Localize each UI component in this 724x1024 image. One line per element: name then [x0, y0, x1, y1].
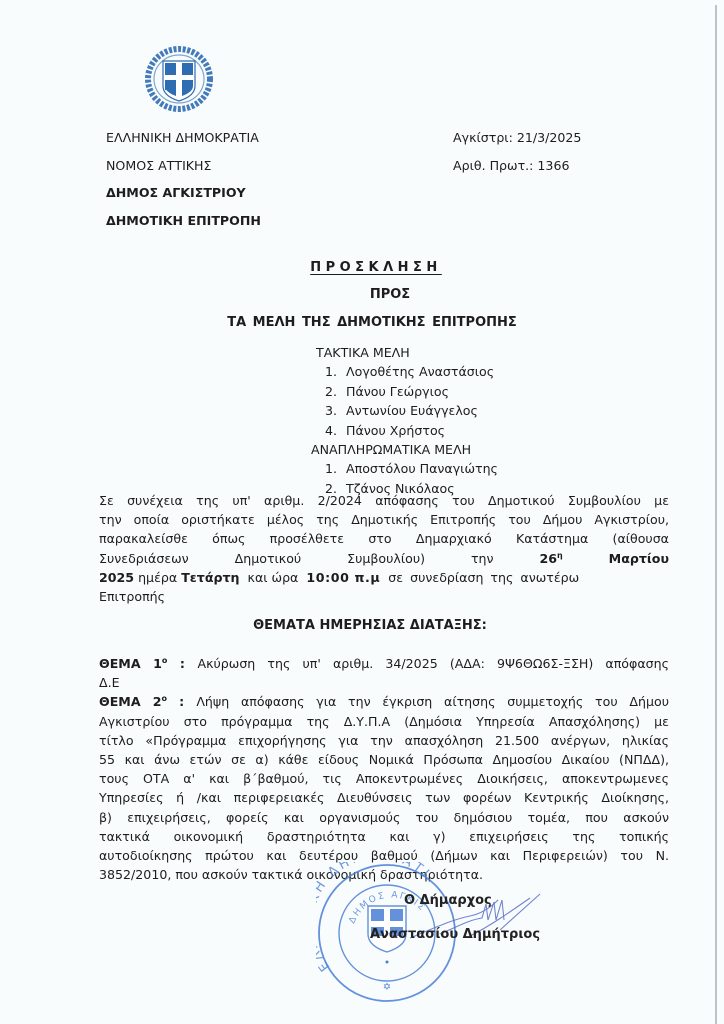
- members-list: ΤΑΚΤΙΚΑ ΜΕΛΗ 1.Λογοθέτης Αναστάσιος 2.Πά…: [311, 343, 498, 498]
- member-name: Αντωνίου Ευάγγελος: [346, 401, 478, 420]
- member-name: Λογοθέτης Αναστάσιος: [346, 362, 494, 381]
- invitation-paragraph: Σε συνέχεια της υπ' αριθμ. 2/2024 απόφασ…: [99, 491, 669, 606]
- meeting-year: 2025: [99, 568, 134, 587]
- regular-members-label: ΤΑΚΤΙΚΑ ΜΕΛΗ: [316, 343, 498, 362]
- list-item: 2.Πάνου Γεώργιος: [311, 382, 498, 401]
- topic-label: ΘΕΜΑ 2ο :: [99, 694, 196, 709]
- list-item: 3.Αντωνίου Ευάγγελος: [311, 401, 498, 420]
- committee-name: ΔΗΜΟΤΙΚΗ ΕΠΙΤΡΟΠΗ: [106, 207, 261, 235]
- alternate-members-label: ΑΝΑΠΛΗΡΩΜΑΤΙΚΑ ΜΕΛΗ: [311, 440, 498, 459]
- agenda-item-2: ΘΕΜΑ 2ο : Λήψη απόφασης για την έγκριση …: [99, 692, 669, 884]
- member-name: Πάνου Χρήστος: [346, 421, 445, 440]
- place-date: Αγκίστρι: 21/3/2025: [453, 124, 581, 152]
- document-title: ΠΡΟΣΚΛΗΣΗ: [0, 260, 724, 275]
- agenda-title: ΘΕΜΑΤΑ ΗΜΕΡΗΣΙΑΣ ΔΙΑΤΑΞΗΣ:: [0, 618, 724, 633]
- issuer-block: ΕΛΛΗΝΙΚΗ ΔΗΜΟΚΡΑΤΙΑ ΝΟΜΟΣ ΑΤΤΙΚΗΣ ΔΗΜΟΣ …: [106, 124, 261, 234]
- title-to: ΠΡΟΣ: [0, 287, 724, 302]
- regular-members: 1.Λογοθέτης Αναστάσιος 2.Πάνου Γεώργιος …: [311, 362, 498, 440]
- meeting-day: 26η: [540, 549, 563, 568]
- municipality-name: ΔΗΜΟΣ ΑΓΚΙΣΤΡΙΟΥ: [106, 179, 261, 207]
- country-name: ΕΛΛΗΝΙΚΗ ΔΗΜΟΚΡΑΤΙΑ: [106, 124, 261, 152]
- meeting-date-line: Συνεδριάσεων Δημοτικού Συμβουλίου) την 2…: [99, 549, 669, 568]
- meeting-time: 10:00 π.μ: [306, 568, 380, 587]
- document-page: ΕΛΛΗΝΙΚΗ ΔΗΜΟΚΡΑΤΙΑ ΝΟΜΟΣ ΑΤΤΙΚΗΣ ΔΗΜΟΣ …: [0, 0, 724, 1024]
- list-item: 1.Λογοθέτης Αναστάσιος: [311, 362, 498, 381]
- date-protocol-block: Αγκίστρι: 21/3/2025 Αριθ. Πρωτ.: 1366: [453, 124, 581, 179]
- list-item: 4.Πάνου Χρήστος: [311, 421, 498, 440]
- list-item: 1.Αποστόλου Παναγιώτης: [311, 459, 498, 478]
- signer-name: Αναστασίου Δημήτριος: [370, 927, 540, 942]
- title-recipients: ΤΑ ΜΕΛΗ ΤΗΣ ΔΗΜΟΤΙΚΗΣ ΕΠΙΤΡΟΠΗΣ: [0, 315, 724, 330]
- greek-coat-of-arms-icon: [144, 46, 214, 112]
- prefecture-name: ΝΟΜΟΣ ΑΤΤΙΚΗΣ: [106, 152, 261, 180]
- protocol-number: Αριθ. Πρωτ.: 1366: [453, 152, 581, 180]
- signer-title: Ο Δήμαρχος: [404, 893, 492, 908]
- meeting-time-line: 2025 ημέρα Τετάρτη και ώρα 10:00 π.μ σε …: [99, 568, 669, 587]
- meeting-weekday: Τετάρτη: [181, 568, 239, 587]
- topic-label: ΘΕΜΑ 1ο :: [99, 656, 197, 671]
- agenda-items: ΘΕΜΑ 1ο : Ακύρωση της υπ' αριθμ. 34/2025…: [99, 654, 669, 884]
- agenda-item-1: ΘΕΜΑ 1ο : Ακύρωση της υπ' αριθμ. 34/2025…: [99, 654, 669, 692]
- meeting-month: Μαρτίου: [609, 549, 669, 568]
- scan-edge-line: [715, 5, 717, 1024]
- member-name: Αποστόλου Παναγιώτης: [346, 459, 498, 478]
- svg-text:✡: ✡: [383, 982, 391, 993]
- member-name: Πάνου Γεώργιος: [346, 382, 449, 401]
